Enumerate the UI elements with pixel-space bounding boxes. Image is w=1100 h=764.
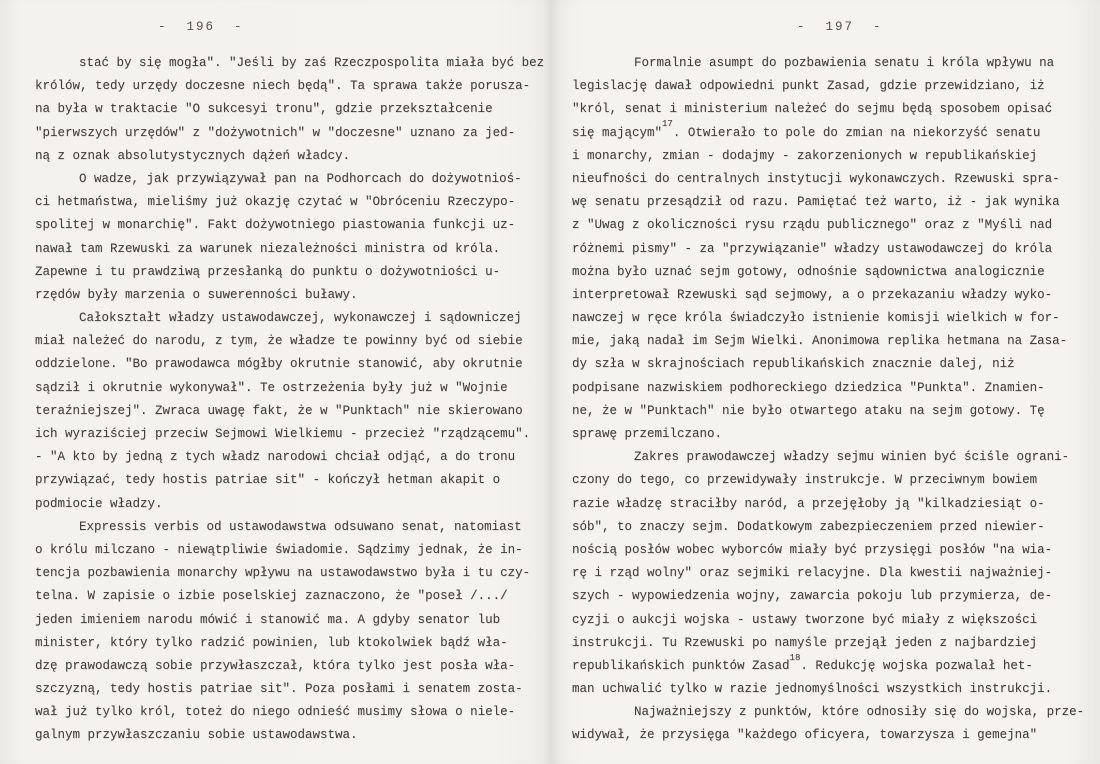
text-line: na była w traktacie "O sukcesyi tronu", … [35, 98, 527, 121]
text-line: czony do tego, co przewidywały instrukcj… [572, 469, 1064, 492]
text-line: przywiązać, tedy hostis patriae sit" - k… [35, 469, 527, 492]
footnote-ref: 18 [790, 653, 801, 663]
text-line: Formalnie asumpt do pozbawienia senatu i… [572, 52, 1064, 75]
text-line: można było uznać sejm gotowy, odnośnie s… [572, 261, 1064, 284]
text-line: miał należeć do narodu, z tym, że władze… [35, 330, 527, 353]
text-line: spolitej w monarchię". Fakt dożywotniego… [35, 214, 527, 237]
text-line: podpisane nazwiskiem podhoreckiego dzied… [572, 377, 1064, 400]
text-line: i monarchy, zmian - dodajmy - zakorzenio… [572, 145, 1064, 168]
page-left-text: stać by się mogła". "Jeśli by zaś Rzeczp… [35, 52, 527, 748]
text-line: sądził i okrutnie wykonywał". Te ostrzeż… [35, 377, 527, 400]
text-line: wę senatu przesądził od razu. Pamiętać t… [572, 191, 1064, 214]
text-line: "król, senat i ministerium należeć do se… [572, 98, 1064, 121]
text-line: instrukcji. Tu Rzewuski po namyśle przej… [572, 632, 1064, 655]
text-line: Najważniejszy z punktów, które odnosiły … [572, 701, 1064, 724]
text-line: nością posłów wobec wyborców miały być p… [572, 539, 1064, 562]
text-line: teraźniejszej". Zwraca uwagę fakt, że w … [35, 400, 527, 423]
text-line: Całokształt władzy ustawodawczej, wykona… [35, 307, 527, 330]
text-line: Zapewne i tu prawdziwą przesłanką do pun… [35, 261, 527, 284]
text-line: tencja pozbawienia monarchy wpływu na us… [35, 562, 527, 585]
text-line: rę i rząd wolny" oraz sejmiki relacyjne.… [572, 562, 1064, 585]
text-line: dy szła w skrajnościach republikańskich … [572, 353, 1064, 376]
text-line: jeden imieniem narodu mówić i stanowić m… [35, 609, 527, 632]
paragraph: Expressis verbis od ustawodawstwa odsuwa… [35, 516, 527, 748]
page-number-right: - 197 - [797, 20, 883, 34]
paragraph: Całokształt władzy ustawodawczej, wykona… [35, 307, 527, 516]
paragraph: stać by się mogła". "Jeśli by zaś Rzeczp… [35, 52, 527, 168]
text-line: z "Uwag z okoliczności rysu rządu public… [572, 214, 1064, 237]
text-line: ne, że w "Punktach" nie było otwartego a… [572, 400, 1064, 423]
text-line: - "A kto by jedną z tych władz narodowi … [35, 446, 527, 469]
text-line: cyzji o aukcji wojska - ustawy tworzone … [572, 609, 1064, 632]
text-line: sób", to znaczy sejm. Dodatkowym zabezpi… [572, 516, 1064, 539]
paragraph: O wadze, jak przywiązywał pan na Podhorc… [35, 168, 527, 307]
text-line: man uchwalić tylko w razie jednomyślnośc… [572, 678, 1064, 701]
text-line: szczyzną, tedy hostis patriae sit". Poza… [35, 678, 527, 701]
text-line: nawczej w ręce króla świadczyło istnieni… [572, 307, 1064, 330]
text-line: O wadze, jak przywiązywał pan na Podhorc… [35, 168, 527, 191]
text-line: legislację dawał odpowiedni punkt Zasad,… [572, 75, 1064, 98]
text-line: wał już tylko król, toteż do niego odnie… [35, 701, 527, 724]
text-line: ną z oznak absolutystycznych dążeń władc… [35, 145, 527, 168]
text-line: widywał, że przysięga "każdego oficyera,… [572, 724, 1064, 747]
text-line: Expressis verbis od ustawodawstwa odsuwa… [35, 516, 527, 539]
text-line: republikańskich punktów Zasad18. Redukcj… [572, 655, 1064, 678]
text-line: się mającym"17. Otwierało to pole do zmi… [572, 122, 1064, 145]
text-line: podmiocie władzy. [35, 493, 527, 516]
paragraph: Najważniejszy z punktów, które odnosiły … [572, 701, 1064, 747]
page-right-text: Formalnie asumpt do pozbawienia senatu i… [572, 52, 1064, 748]
text-line: nieufności do centralnych instytucji wyk… [572, 168, 1064, 191]
text-line: razie władzę straciłby naród, a przejęło… [572, 493, 1064, 516]
text-line: ich wyraziściej przeciw Sejmowi Wielkiem… [35, 423, 527, 446]
text-line: stać by się mogła". "Jeśli by zaś Rzeczp… [35, 52, 527, 75]
text-line: nawał tam Rzewuski za warunek niezależno… [35, 238, 527, 261]
text-line: telna. W zapisie o izbie poselskiej zazn… [35, 585, 527, 608]
text-line: różnemi pismy" - za "przywiązanie" władz… [572, 238, 1064, 261]
text-line: galnym przywłaszczaniu sobie ustawodawst… [35, 724, 527, 747]
text-line: sprawę przemilczano. [572, 423, 1064, 446]
text-line: ci hetmaństwa, mieliśmy już okazję czyta… [35, 191, 527, 214]
text-line: minister, który tylko radzić powinien, l… [35, 632, 527, 655]
paragraph: Zakres prawodawczej władzy sejmu winien … [572, 446, 1064, 701]
page-right: - 197 - Formalnie asumpt do pozbawienia … [550, 0, 1100, 764]
page-left: - 196 - stać by się mogła". "Jeśli by za… [0, 0, 550, 764]
footnote-ref: 17 [662, 119, 673, 129]
text-line: o królu milczano - niewątpliwie świadomi… [35, 539, 527, 562]
text-line: "pierwszych urzędów" z "dożywotnich" w "… [35, 122, 527, 145]
text-line: szych - wypowiedzenia wojny, zawarcia po… [572, 585, 1064, 608]
text-line: rzędów były marzenia o suwerenności buła… [35, 284, 527, 307]
book-spread: - 196 - stać by się mogła". "Jeśli by za… [0, 0, 1100, 764]
text-line: mie, jaką nadał im Sejm Wielki. Anonimow… [572, 330, 1064, 353]
text-line: dzę prawodawczą sobie przywłaszczał, któ… [35, 655, 527, 678]
text-line: interpretował Rzewuski sąd sejmowy, a o … [572, 284, 1064, 307]
paragraph: Formalnie asumpt do pozbawienia senatu i… [572, 52, 1064, 446]
text-line: królów, tedy urzędy doczesne niech będą"… [35, 75, 527, 98]
page-number-left: - 196 - [158, 20, 244, 34]
text-line: Zakres prawodawczej władzy sejmu winien … [572, 446, 1064, 469]
text-line: oddzielone. "Bo prawodawca mógłby okrutn… [35, 353, 527, 376]
